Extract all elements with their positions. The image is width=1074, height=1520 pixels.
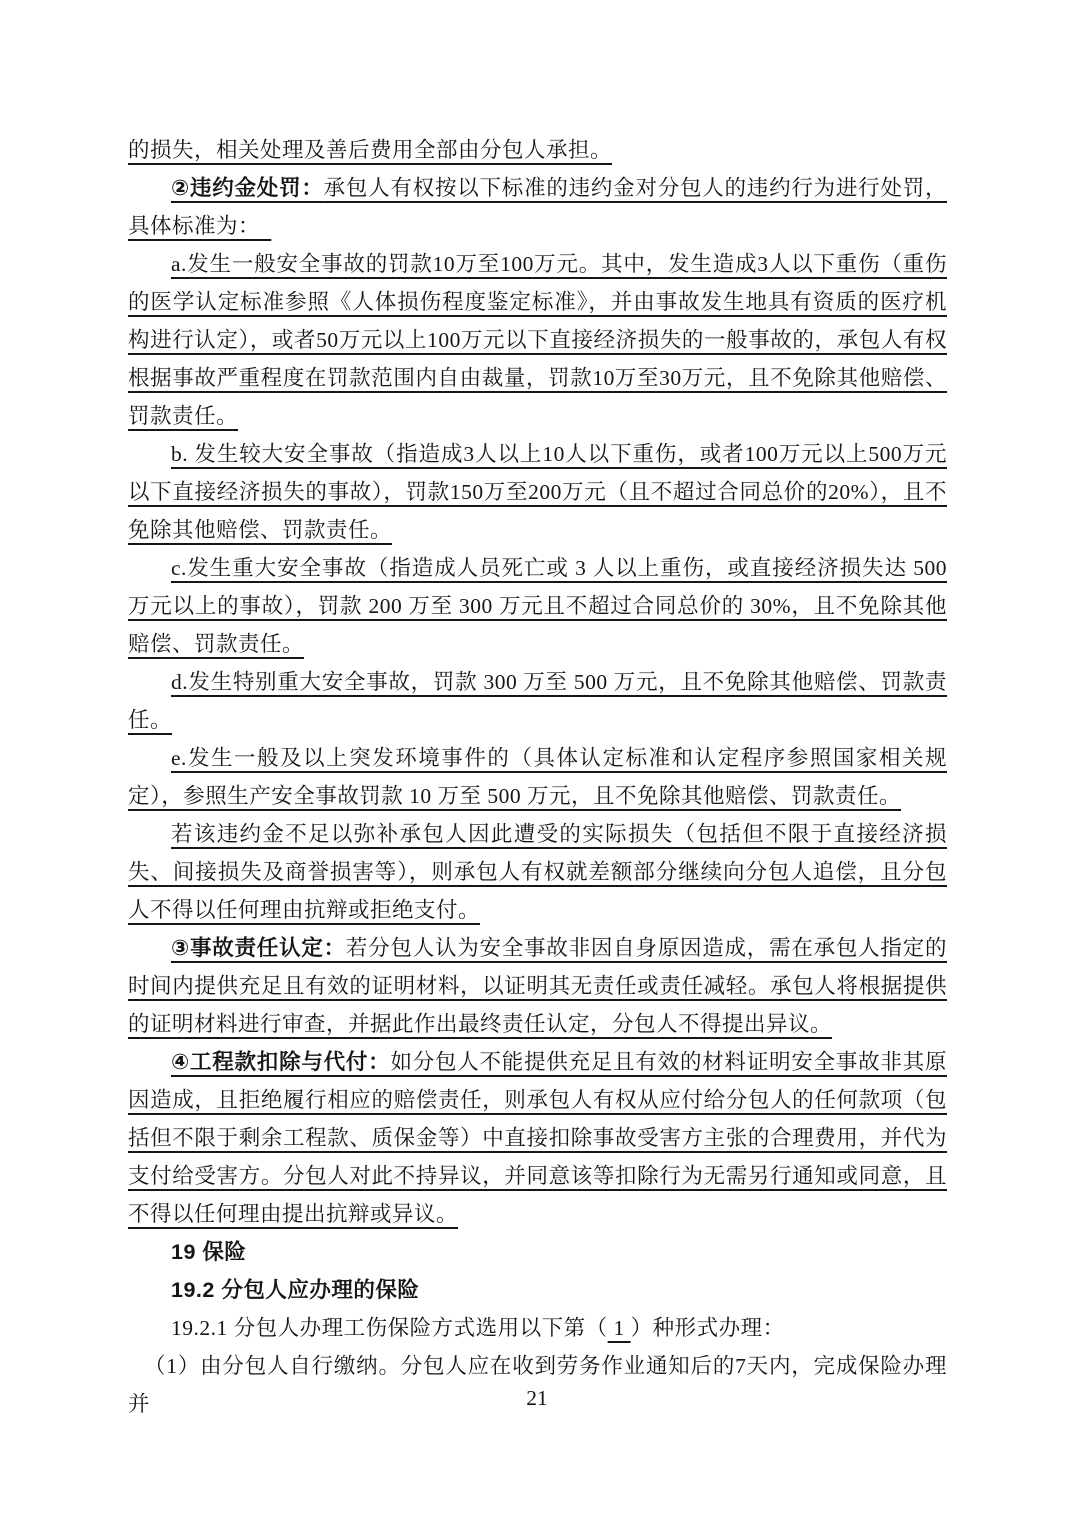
- text-run: ④工程款扣除与代付：: [171, 1050, 390, 1074]
- text-run: 如分包人不能提供充足且有效的材料证明安全事故非其原因造成，且拒绝履行相应的赔偿责…: [128, 1050, 947, 1226]
- paragraph: d.发生特别重大安全事故，罚款 300 万至 500 万元，且不免除其他赔偿、罚…: [128, 663, 947, 739]
- text-run: 19 保险: [171, 1240, 246, 1264]
- text-run: c.发生重大安全事故（指造成人员死亡或 3 人以上重伤，或直接经济损失达 500…: [128, 556, 947, 656]
- paragraph: a.发生一般安全事故的罚款10万至100万元。其中，发生造成3人以下重伤（重伤的…: [128, 245, 947, 435]
- text-run: e.发生一般及以上突发环境事件的（具体认定标准和认定程序参照国家相关规定），参照…: [128, 746, 947, 808]
- document-page: 的损失，相关处理及善后费用全部由分包人承担。②违约金处罚：承包人有权按以下标准的…: [0, 0, 1074, 1520]
- text-run: ）种形式办理：: [631, 1316, 785, 1340]
- text-run: d.发生特别重大安全事故，罚款 300 万至 500 万元，且不免除其他赔偿、罚…: [128, 670, 947, 732]
- page-number: 21: [0, 1383, 1074, 1413]
- text-run: 若该违约金不足以弥补承包人因此遭受的实际损失（包括但不限于直接经济损失、间接损失…: [128, 822, 947, 922]
- paragraph: b. 发生较大安全事故（指造成3人以上10人以下重伤，或者100万元以上500万…: [128, 435, 947, 549]
- section-heading: 19.2 分包人应办理的保险: [128, 1271, 947, 1309]
- text-run: ②违约金处罚：: [171, 176, 324, 200]
- paragraph: ③事故责任认定：若分包人认为安全事故非因自身原因造成，需在承包人指定的时间内提供…: [128, 929, 947, 1043]
- text-run: ③事故责任认定：: [171, 936, 346, 960]
- paragraph: 19.2.1 分包人办理工伤保险方式选用以下第（ 1 ）种形式办理：: [128, 1309, 947, 1347]
- document-body: 的损失，相关处理及善后费用全部由分包人承担。②违约金处罚：承包人有权按以下标准的…: [0, 0, 1074, 1423]
- text-run: 1: [608, 1316, 631, 1340]
- text-run: 19.2 分包人应办理的保险: [171, 1278, 419, 1302]
- text-run: a.发生一般安全事故的罚款10万至100万元。其中，发生造成3人以下重伤（重伤的…: [128, 252, 947, 428]
- paragraph: ②违约金处罚：承包人有权按以下标准的违约金对分包人的违约行为进行处罚，具体标准为…: [128, 169, 947, 245]
- paragraph: 的损失，相关处理及善后费用全部由分包人承担。: [128, 131, 947, 169]
- section-heading: 19 保险: [128, 1233, 947, 1271]
- text-run: 19.2.1 分包人办理工伤保险方式选用以下第（: [171, 1316, 608, 1340]
- paragraph: e.发生一般及以上突发环境事件的（具体认定标准和认定程序参照国家相关规定），参照…: [128, 739, 947, 815]
- paragraph: ④工程款扣除与代付：如分包人不能提供充足且有效的材料证明安全事故非其原因造成，且…: [128, 1043, 947, 1233]
- text-run: 的损失，相关处理及善后费用全部由分包人承担。: [128, 138, 612, 162]
- paragraph: 若该违约金不足以弥补承包人因此遭受的实际损失（包括但不限于直接经济损失、间接损失…: [128, 815, 947, 929]
- text-run: b. 发生较大安全事故（指造成3人以上10人以下重伤，或者100万元以上500万…: [128, 442, 947, 542]
- paragraph: c.发生重大安全事故（指造成人员死亡或 3 人以上重伤，或直接经济损失达 500…: [128, 549, 947, 663]
